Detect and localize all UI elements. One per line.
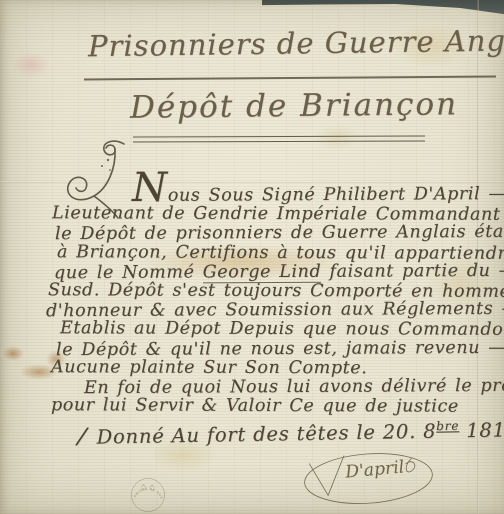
body-line: pour lui Servir & Valoir Ce que de justi… <box>51 396 504 417</box>
document-paper: Prisonniers de Guerre Anglais Dépôt de B… <box>0 0 504 514</box>
heading-underline <box>84 76 496 81</box>
document-subheading: Dépôt de Briançon <box>130 86 458 125</box>
stamp-arc-text: PRISRS DE GUERRE <box>128 473 164 500</box>
document-heading: Prisonniers de Guerre Anglais <box>88 23 504 64</box>
date-year: 1813. <box>459 418 504 442</box>
body-line-segment: faisant partie du — <box>321 261 504 282</box>
signature-block: D'april <box>228 450 504 514</box>
date-text: Donné Au fort des têtes le 20. 8 <box>96 420 436 449</box>
signature-name: D'april <box>344 457 406 482</box>
date-line: /Donné Au fort des têtes le 20. 8bre 181… <box>78 416 504 450</box>
certificate-body: Nous Sous Signé Philibert D'April — Lieu… <box>46 186 504 416</box>
prisoners-of-war-stamp: PRISRS DE GUERRE <box>86 476 210 514</box>
subheading-double-underline <box>133 135 425 142</box>
stain <box>12 52 50 78</box>
date-month-superscript: bre <box>436 419 459 433</box>
svg-text:PRISRS DE GUERRE: PRISRS DE GUERRE <box>128 473 164 500</box>
paraph-mark: / <box>76 423 88 450</box>
signature-paraph <box>406 458 415 472</box>
paper-torn-edge <box>262 0 504 16</box>
stain <box>2 346 24 361</box>
signature-check-flourish <box>309 456 343 495</box>
